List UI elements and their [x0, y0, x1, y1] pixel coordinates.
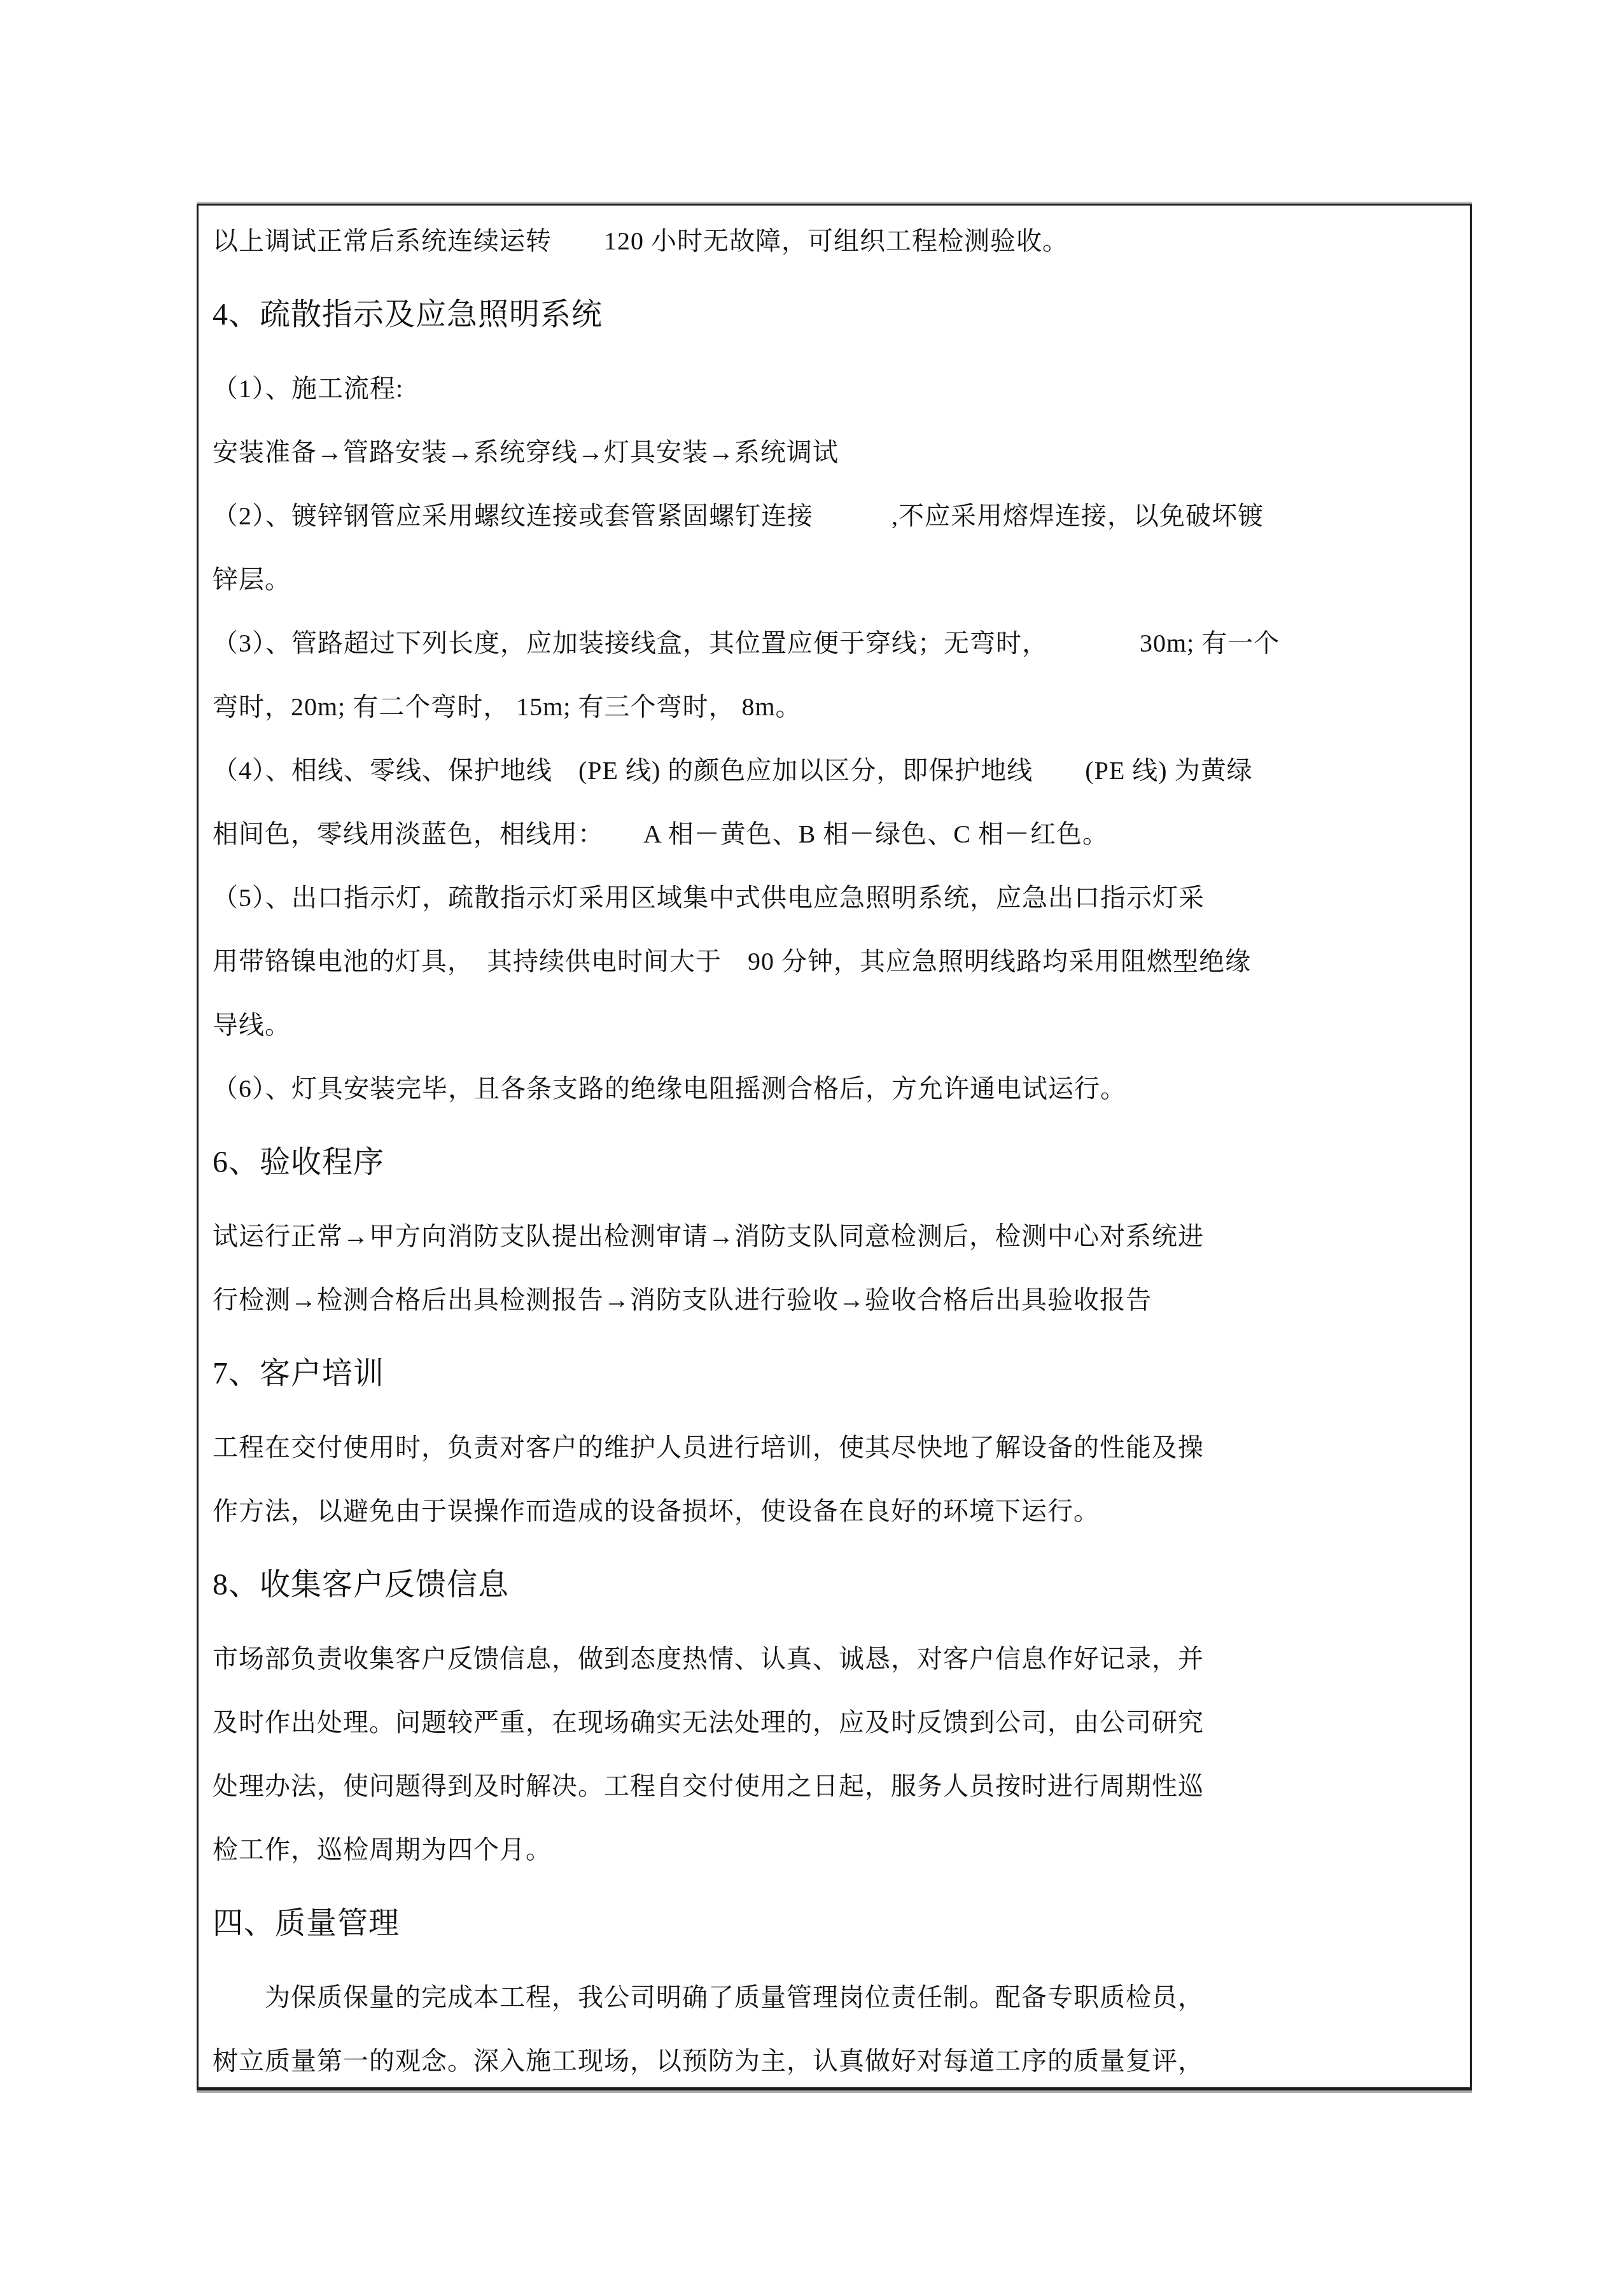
paragraph: （1）、施工流程: [213, 357, 1456, 421]
section-heading: 8、收集客户反馈信息 [213, 1550, 1456, 1620]
section-heading: 6、验收程序 [213, 1128, 1456, 1198]
paragraph: （6）、灯具安装完毕，且各条支路的绝缘电阻摇测合格后，方允许通电试运行。 [213, 1057, 1456, 1121]
paragraph: （3）、管路超过下列长度，应加装接线盒，其位置应便于穿线；无弯时， 30m; 有… [213, 612, 1456, 739]
document-page: 以上调试正常后系统连续运转 120 小时无故障，可组织工程检测验收。 4、疏散指… [0, 0, 1622, 2296]
section-heading: 4、疏散指示及应急照明系统 [213, 280, 1456, 350]
paragraph: 工程在交付使用时，负责对客户的维护人员进行培训，使其尽快地了解设备的性能及操 作… [213, 1416, 1456, 1543]
section-heading: 7、客户培训 [213, 1339, 1456, 1409]
paragraph: （5）、出口指示灯，疏散指示灯采用区域集中式供电应急照明系统，应急出口指示灯采 … [213, 866, 1456, 1057]
document-table: 以上调试正常后系统连续运转 120 小时无故障，可组织工程检测验收。 4、疏散指… [197, 204, 1472, 2090]
paragraph: 为保质保量的完成本工程，我公司明确了质量管理岗位责任制。配备专职质检员， 树立质… [213, 1966, 1456, 2090]
section-heading: 四、质量管理 [213, 1889, 1456, 1959]
paragraph: 市场部负责收集客户反馈信息，做到态度热情、认真、诚恳，对客户信息作好记录，并 及… [213, 1627, 1456, 1882]
paragraph: （4）、相线、零线、保护地线 (PE 线) 的颜色应加以区分，即保护地线 (PE… [213, 739, 1456, 866]
paragraph: （2）、镀锌钢管应采用螺纹连接或套管紧固螺钉连接 ,不应采用熔焊连接，以免破坏镀… [213, 484, 1456, 612]
paragraph: 试运行正常→甲方向消防支队提出检测审请→消防支队同意检测后，检测中心对系统进 行… [213, 1205, 1456, 1332]
paragraph: 安装准备→管路安装→系统穿线→灯具安装→系统调试 [213, 421, 1456, 484]
paragraph: 以上调试正常后系统连续运转 120 小时无故障，可组织工程检测验收。 [213, 209, 1456, 273]
